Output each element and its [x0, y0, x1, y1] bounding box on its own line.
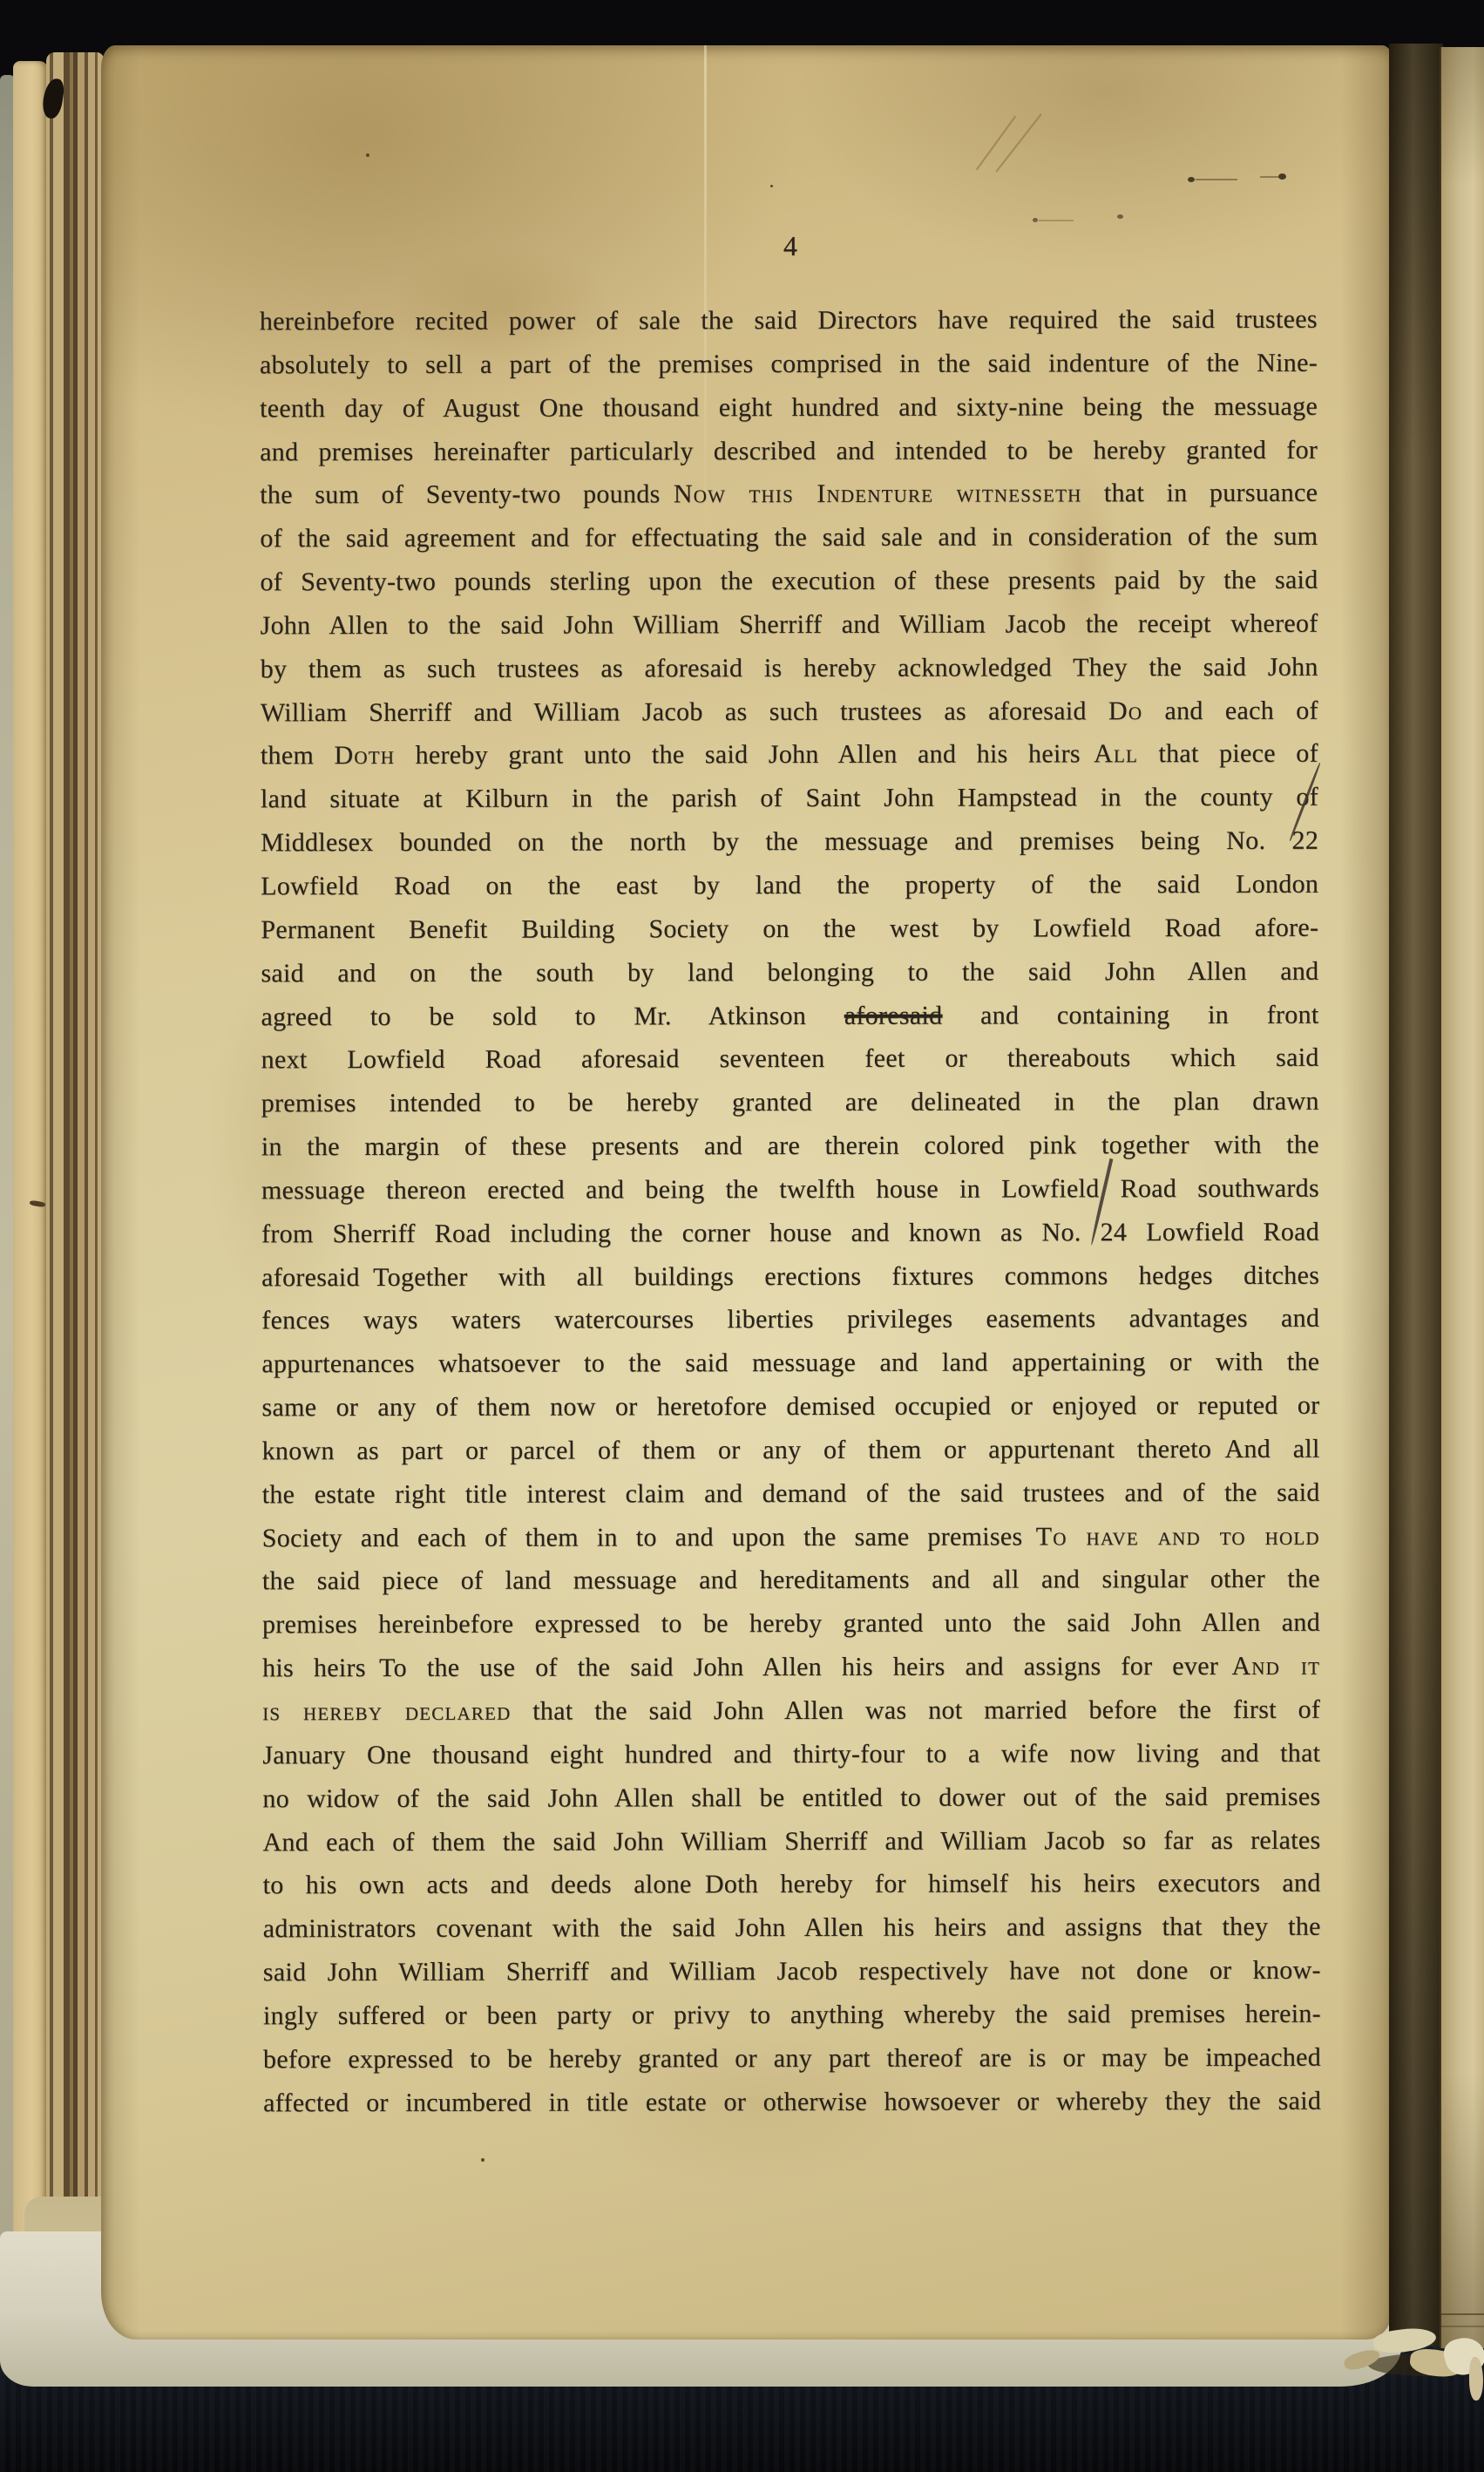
text-line: by them as such trustees as aforesaid is…: [261, 645, 1318, 690]
text-run: land situate at Kilburn in the parish of…: [261, 783, 1318, 814]
ink-speck: [1117, 214, 1123, 219]
text-run: Society and each of them in to and upon …: [262, 1522, 1036, 1552]
text-line: John Allen to the said John William Sher…: [261, 602, 1318, 648]
text-run: in the margin of these presents and are …: [261, 1131, 1319, 1162]
text-line: William Sherriff and William Jacob as su…: [261, 689, 1318, 734]
text-line: affected or incumbered in title estate o…: [263, 2079, 1321, 2124]
small-caps-text: is hereby declared: [262, 1697, 511, 1727]
text-run: premises intended to be hereby granted a…: [261, 1087, 1319, 1118]
text-run: of the said agreement and for effectuati…: [260, 522, 1318, 553]
text-line: messuage thereon erected and being the t…: [261, 1167, 1319, 1212]
text-run: teenth day of August One thousand eight …: [260, 391, 1318, 423]
text-run: no widow of the said John Allen shall be…: [262, 1782, 1320, 1813]
text-run: fences ways waters watercourses libertie…: [261, 1304, 1319, 1335]
text-line: the sum of Seventy-two pounds Now this I…: [260, 472, 1318, 517]
small-caps-text: Doth: [334, 741, 395, 770]
paper-speck: [770, 185, 773, 187]
text-line: his heirs To the use of the said John Al…: [262, 1645, 1320, 1690]
body-text: hereinbefore recited power of sale the s…: [260, 298, 1321, 2125]
text-line: and premises hereinafter particularly de…: [260, 428, 1318, 473]
text-run: by them as such trustees as aforesaid is…: [261, 652, 1318, 683]
text-run: John Allen to the said John William Sher…: [261, 609, 1318, 641]
text-line: of the said agreement and for effectuati…: [260, 515, 1318, 560]
page-edge-line: [1441, 2326, 1484, 2327]
text-line: premises intended to be hereby granted a…: [261, 1080, 1319, 1125]
text-line: before expressed to be hereby granted or…: [263, 2035, 1321, 2081]
text-run: appurtenances whatsoever to the said mes…: [261, 1348, 1319, 1379]
ink-smudge: [1260, 176, 1279, 178]
text-run: and premises hereinafter particularly de…: [260, 435, 1318, 466]
text-line: of Seventy-two pounds sterling upon the …: [260, 559, 1318, 604]
text-run: the sum of Seventy-two pounds: [260, 480, 674, 510]
text-run: to his own acts and deeds alone Doth her…: [263, 1869, 1321, 1900]
page-edge-strip-cream: [13, 61, 48, 2362]
paper-speck: [366, 153, 369, 157]
text-run: hereinbefore recited power of sale the s…: [260, 305, 1318, 336]
paper-speck: [481, 2158, 485, 2162]
ink-speck: [1278, 173, 1286, 180]
text-line: aforesaid Together with all buildings er…: [261, 1253, 1319, 1299]
text-line: administrators covenant with the said Jo…: [263, 1905, 1321, 1951]
text-run: Lowfield Road on the east by land the pr…: [261, 870, 1318, 901]
small-caps-text: To have and to hold: [1036, 1521, 1320, 1551]
text-run: that in pursuance: [1081, 479, 1318, 508]
text-line: the estate right title interest claim an…: [262, 1471, 1320, 1517]
text-run: said and on the south by land belonging …: [261, 956, 1318, 988]
page-edge-strip-band: [46, 52, 104, 2345]
text-line: no widow of the said John Allen shall be…: [262, 1775, 1320, 1820]
text-run: January One thousand eight hundred and t…: [262, 1739, 1320, 1770]
text-line: teenth day of August One thousand eight …: [260, 384, 1318, 430]
small-caps-text: And it: [1231, 1652, 1320, 1681]
text-run: affected or incumbered in title estate o…: [263, 2086, 1321, 2117]
ink-speck: [1033, 218, 1038, 222]
ink-smudge: [1196, 179, 1237, 180]
text-line: And each of them the said John William S…: [262, 1818, 1320, 1864]
text-run: that piece of: [1138, 739, 1318, 768]
text-run: William Sherriff and William Jacob as su…: [261, 696, 1108, 727]
book-scan: 4 hereinbefore recited power of sale the…: [0, 0, 1484, 2472]
text-run: Middlesex bounded on the north by the me…: [261, 826, 1318, 858]
small-caps-text: Now this Indenture witnesseth: [674, 479, 1082, 509]
text-line: the said piece of land messuage and here…: [262, 1558, 1320, 1603]
small-caps-text: All: [1094, 740, 1138, 769]
text-line: said John William Sherriff and William J…: [263, 1949, 1321, 1994]
small-caps-text: Do: [1108, 696, 1142, 725]
text-run: that the said John Allen was not married…: [511, 1695, 1320, 1726]
text-run: hereby grant unto the said John Allen an…: [395, 740, 1094, 771]
ink-speck: [1188, 177, 1195, 182]
text-line: Permanent Benefit Building Society on th…: [261, 907, 1318, 952]
text-run: of Seventy-two pounds sterling upon the …: [260, 566, 1318, 597]
text-line: said and on the south by land belonging …: [261, 949, 1318, 995]
text-run: agreed to be sold to Mr. Atkinson: [261, 1001, 844, 1030]
text-run: before expressed to be hereby granted or…: [263, 2042, 1321, 2074]
text-line: in the margin of these presents and are …: [261, 1124, 1319, 1169]
text-line: hereinbefore recited power of sale the s…: [260, 298, 1318, 343]
scratch-mark: [995, 113, 1041, 172]
frayed-paper: [1469, 2357, 1483, 2401]
text-line: is hereby declared that the said John Al…: [262, 1688, 1320, 1734]
text-run: and each of: [1142, 696, 1318, 724]
text-run: same or any of them now or heretofore de…: [261, 1391, 1319, 1423]
text-line: Lowfield Road on the east by land the pr…: [261, 863, 1318, 908]
next-page-edge: [1440, 47, 1484, 2348]
text-line: same or any of them now or heretofore de…: [261, 1384, 1319, 1430]
page-number: 4: [261, 230, 1319, 262]
text-line: ingly suffered or been party or privy to…: [263, 1993, 1321, 2038]
page-edge-line: [1441, 2313, 1484, 2315]
text-run: known as part or parcel of them or any o…: [262, 1435, 1320, 1466]
text-line: agreed to be sold to Mr. Atkinson afores…: [261, 993, 1318, 1038]
document-page: 4 hereinbefore recited power of sale the…: [101, 45, 1393, 2340]
text-run: messuage thereon erected and being the t…: [261, 1174, 1319, 1205]
text-line: Middlesex bounded on the north by the me…: [261, 819, 1318, 865]
text-run: and containing in front: [942, 1000, 1318, 1029]
text-line: Society and each of them in to and upon …: [262, 1514, 1320, 1559]
text-line: known as part or parcel of them or any o…: [262, 1428, 1320, 1473]
ink-smudge: [1039, 220, 1074, 221]
text-line: fences ways waters watercourses libertie…: [261, 1297, 1319, 1342]
gutter-shadow: [1389, 44, 1443, 2346]
text-run: Permanent Benefit Building Society on th…: [261, 913, 1318, 945]
text-line: to his own acts and deeds alone Doth her…: [263, 1862, 1321, 1907]
text-line: next Lowfield Road aforesaid seventeen f…: [261, 1036, 1319, 1082]
text-run: ingly suffered or been party or privy to…: [263, 2000, 1321, 2031]
text-run: administrators covenant with the said Jo…: [263, 1912, 1321, 1944]
text-run: the estate right title interest claim an…: [262, 1478, 1320, 1510]
text-run: premises hereinbefore expressed to be he…: [262, 1608, 1320, 1640]
text-line: from Sherriff Road including the corner …: [261, 1210, 1319, 1255]
text-line: premises hereinbefore expressed to be he…: [262, 1601, 1320, 1647]
text-run: And each of them the said John William S…: [262, 1825, 1320, 1857]
text-line: January One thousand eight hundred and t…: [262, 1732, 1320, 1777]
text-run: next Lowfield Road aforesaid seventeen f…: [261, 1043, 1319, 1075]
text-line: appurtenances whatsoever to the said mes…: [261, 1341, 1319, 1386]
text-run: from Sherriff Road including the corner …: [261, 1217, 1319, 1248]
text-run: absolutely to sell a part of the premise…: [260, 349, 1318, 380]
struck-text: aforesaid: [844, 1001, 943, 1029]
text-line: absolutely to sell a part of the premise…: [260, 342, 1318, 387]
text-run: said John William Sherriff and William J…: [263, 1956, 1321, 1987]
text-line: land situate at Kilburn in the parish of…: [261, 776, 1318, 821]
text-run: them: [261, 742, 335, 771]
text-run: aforesaid Together with all buildings er…: [261, 1260, 1319, 1292]
scratch-mark: [976, 116, 1016, 171]
text-line: them Doth hereby grant unto the said Joh…: [261, 732, 1318, 778]
text-run: his heirs To the use of the said John Al…: [262, 1652, 1231, 1682]
text-run: the said piece of land messuage and here…: [262, 1565, 1320, 1596]
